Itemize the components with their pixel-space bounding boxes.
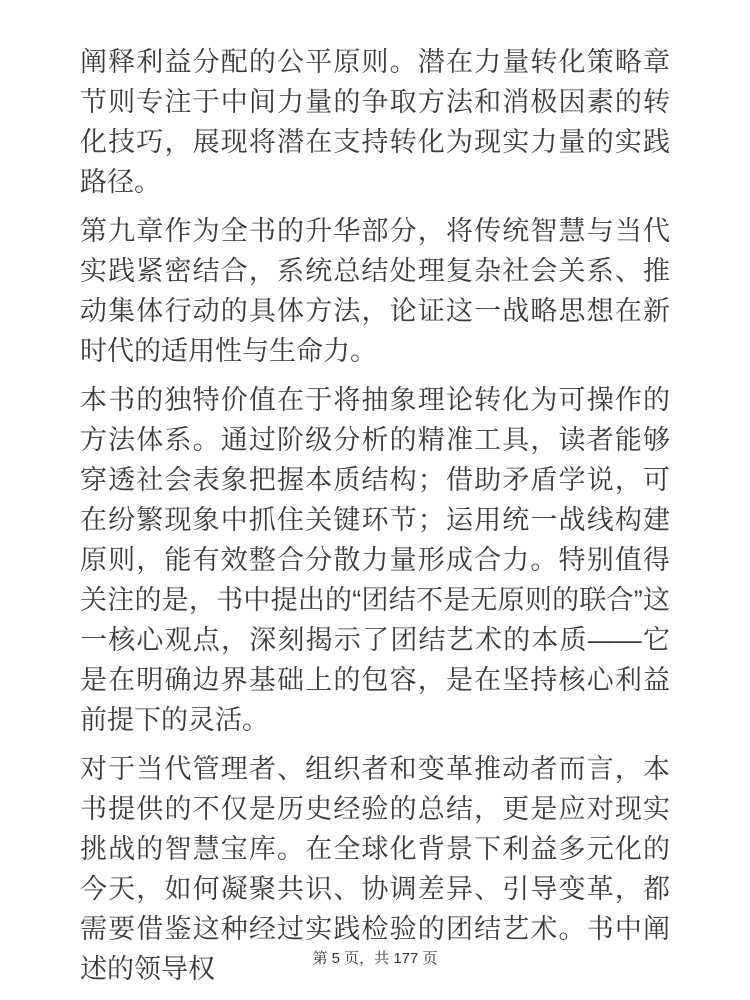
paragraph: 本书的独特价值在于将抽象理论转化为可操作的方法体系。通过阶级分析的精准工具，读者…: [80, 380, 670, 740]
document-body: 阐释利益分配的公平原则。潜在力量转化策略章节则专注于中间力量的争取方法和消极因素…: [80, 42, 670, 998]
page-number-indicator: 第 5 页，共 177 页: [0, 950, 750, 968]
paragraph: 第九章作为全书的升华部分，将传统智慧与当代实践紧密结合，系统总结处理复杂社会关系…: [80, 211, 670, 371]
document-page: 阐释利益分配的公平原则。潜在力量转化策略章节则专注于中间力量的争取方法和消极因素…: [0, 0, 750, 1000]
paragraph: 阐释利益分配的公平原则。潜在力量转化策略章节则专注于中间力量的争取方法和消极因素…: [80, 42, 670, 202]
